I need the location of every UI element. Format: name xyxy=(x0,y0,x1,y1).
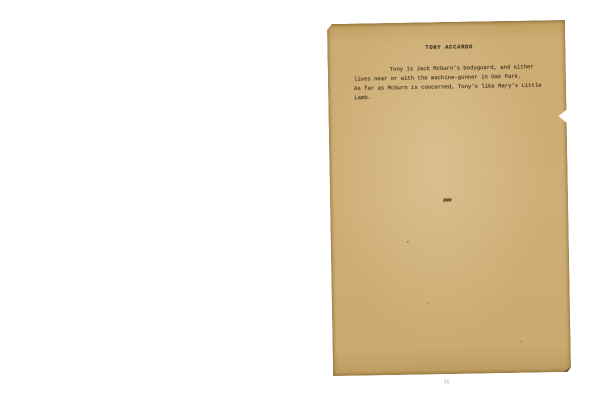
end-of-text-mark: ### xyxy=(443,197,451,203)
scan-viewer-canvas: TONY ACCARDO Tony is Jack McGurn's bodyg… xyxy=(0,0,600,402)
page-number: 16 xyxy=(441,379,452,385)
typewritten-text-layer: TONY ACCARDO Tony is Jack McGurn's bodyg… xyxy=(327,20,571,376)
page-title: TONY ACCARDO xyxy=(425,44,473,51)
scanned-page: TONY ACCARDO Tony is Jack McGurn's bodyg… xyxy=(327,20,571,376)
body-paragraph: Tony is Jack McGurn's bodyguard, and eit… xyxy=(354,62,553,103)
